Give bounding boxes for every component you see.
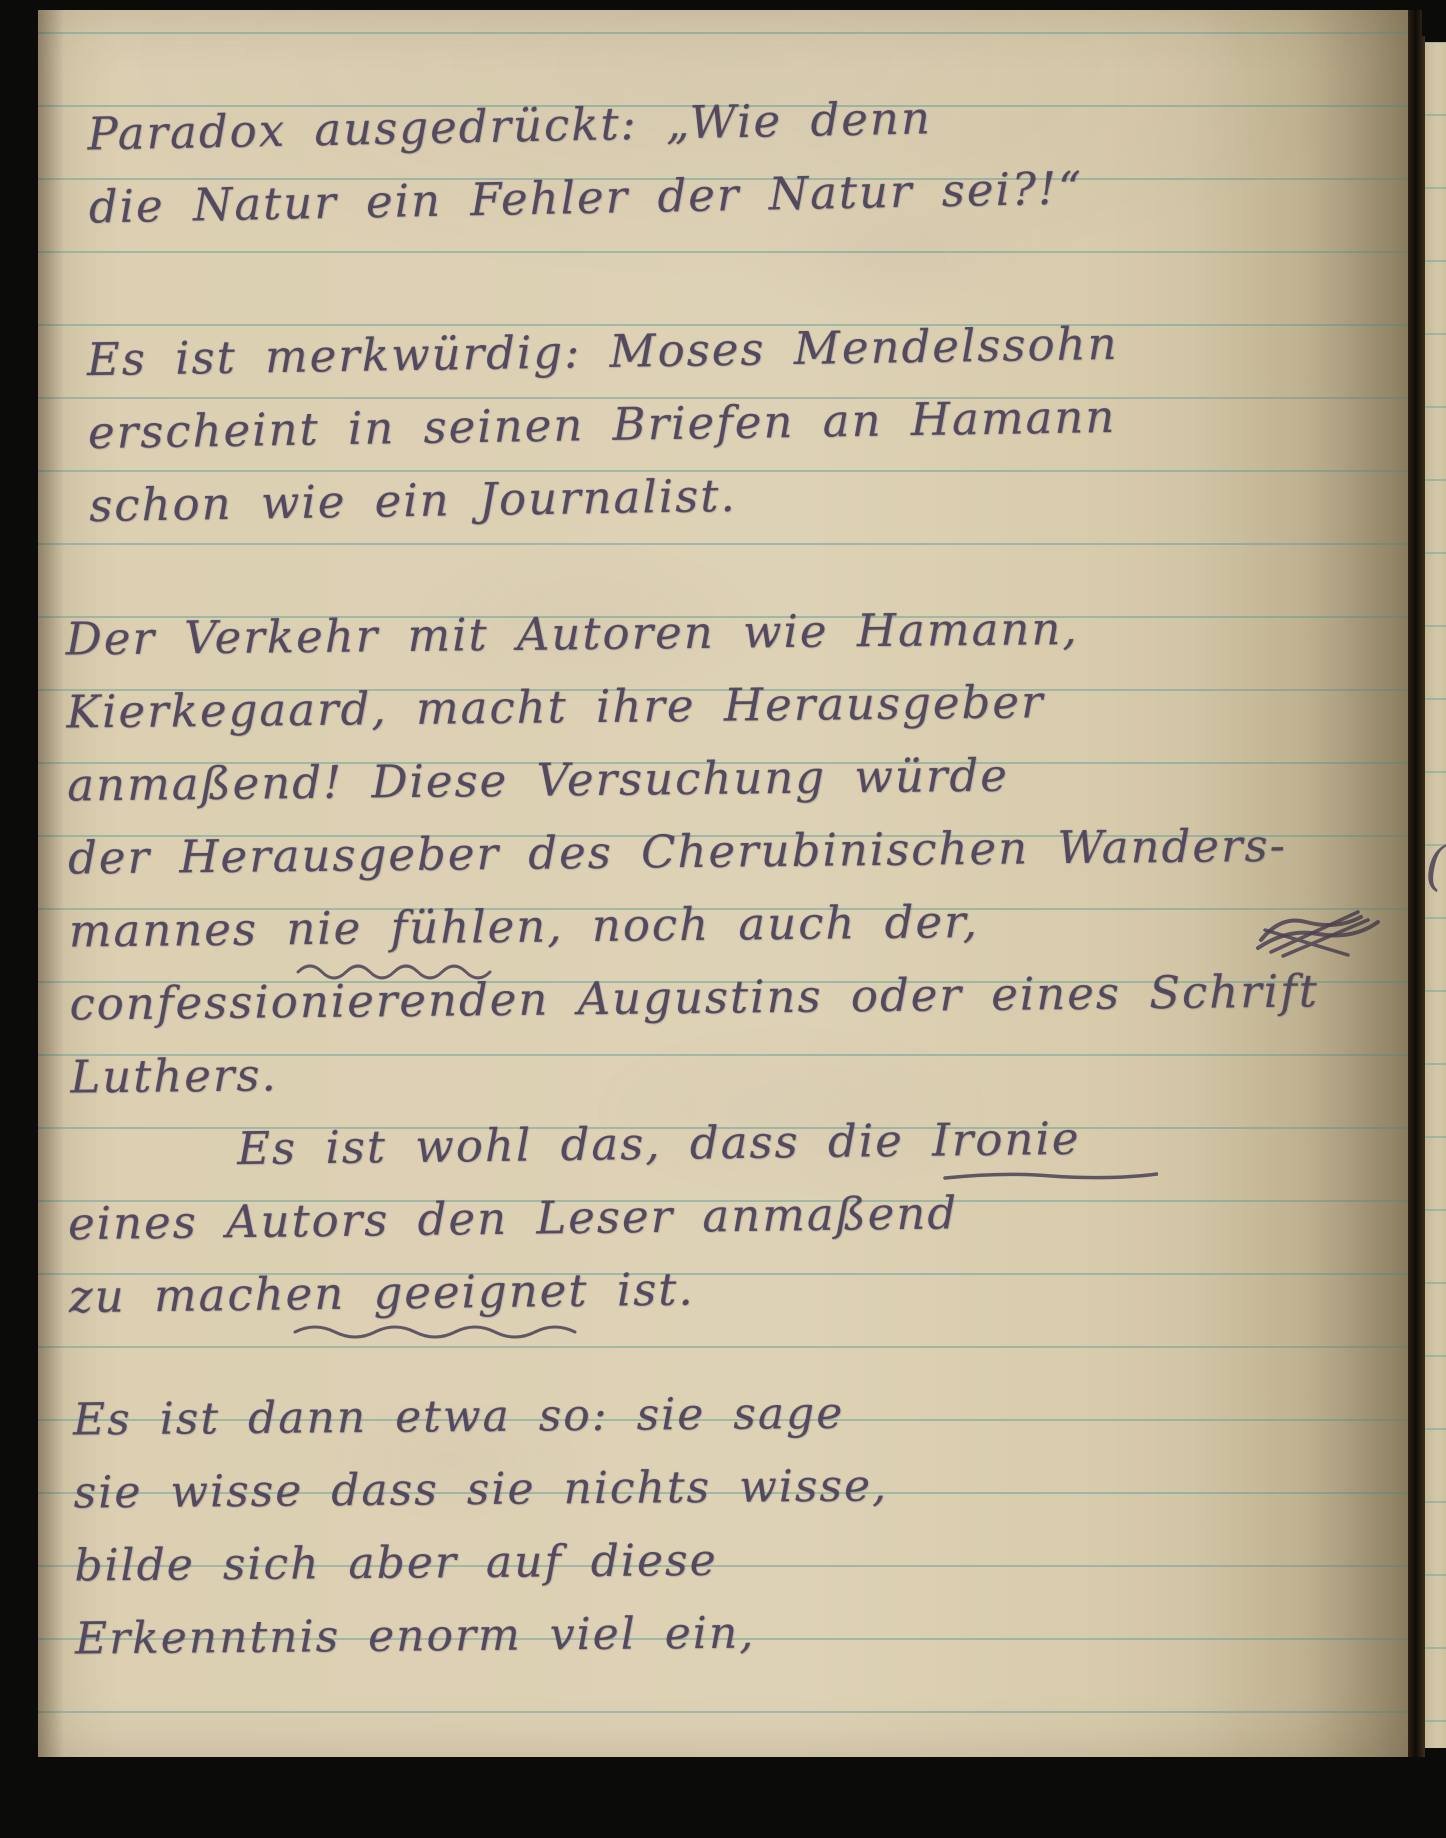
handwritten-line: mannes nie fühlen, noch auch der,: [68, 881, 1318, 967]
paragraph-mendelssohn: Es ist merkwürdig: Moses Mendelssohn ers…: [86, 307, 1121, 542]
handwritten-line: Kierkegaard, macht ihre Herausgeber: [66, 662, 1316, 748]
handwritten-line: der Herausgeber des Cherubinischen Wande…: [68, 808, 1318, 894]
scan-border-left: [0, 0, 38, 1838]
paragraph-sie-sage: Es ist dann etwa so: sie sage sie wisse …: [73, 1378, 890, 1677]
scan-border-corner: [1422, 0, 1446, 36]
page-curvature-shadow: [1193, 10, 1408, 1757]
paragraph-verkehr-mit-autoren: Der Verkehr mit Autoren wie Hamann, Kier…: [65, 589, 1320, 1113]
handwritten-line: sie wisse dass sie nichts wisse,: [73, 1451, 888, 1531]
scan-border-bottom: [0, 1757, 1446, 1838]
page-left-shadow: [38, 10, 64, 1757]
handwritten-line: zu machen geeignet ist.: [68, 1248, 1082, 1333]
handwritten-line: Es ist dann etwa so: sie sage: [73, 1378, 888, 1458]
handwritten-line: Erkenntnis enorm viel ein,: [75, 1597, 890, 1677]
notebook-page: Paradox ausgedrückt: „Wie denn die Natur…: [38, 10, 1408, 1757]
scan-border-top: [0, 0, 1446, 10]
handwritten-line: Es ist wohl das, dass die Ironie: [67, 1102, 1081, 1187]
handwritten-line: Luthers.: [70, 1027, 1320, 1113]
adjacent-page-edge: (: [1425, 42, 1446, 1748]
handwritten-line: bilde sich aber auf diese: [74, 1524, 889, 1604]
adjacent-page-writing: (: [1425, 837, 1445, 897]
handwritten-line: confessionierenden Augustins oder eines …: [69, 954, 1319, 1040]
binding-gap: [1408, 10, 1425, 1757]
paragraph-paradox: Paradox ausgedrückt: „Wie denn die Natur…: [87, 78, 1084, 243]
handwritten-line: anmaßend! Diese Versuchung würde: [67, 735, 1317, 821]
handwritten-line: Der Verkehr mit Autoren wie Hamann,: [65, 589, 1315, 675]
scanned-notebook-photo: Paradox ausgedrückt: „Wie denn die Natur…: [0, 0, 1446, 1838]
handwritten-line: eines Autors den Leser anmaßend: [68, 1175, 1082, 1260]
paragraph-ironie: Es ist wohl das, dass die Ironie eines A…: [67, 1102, 1083, 1333]
